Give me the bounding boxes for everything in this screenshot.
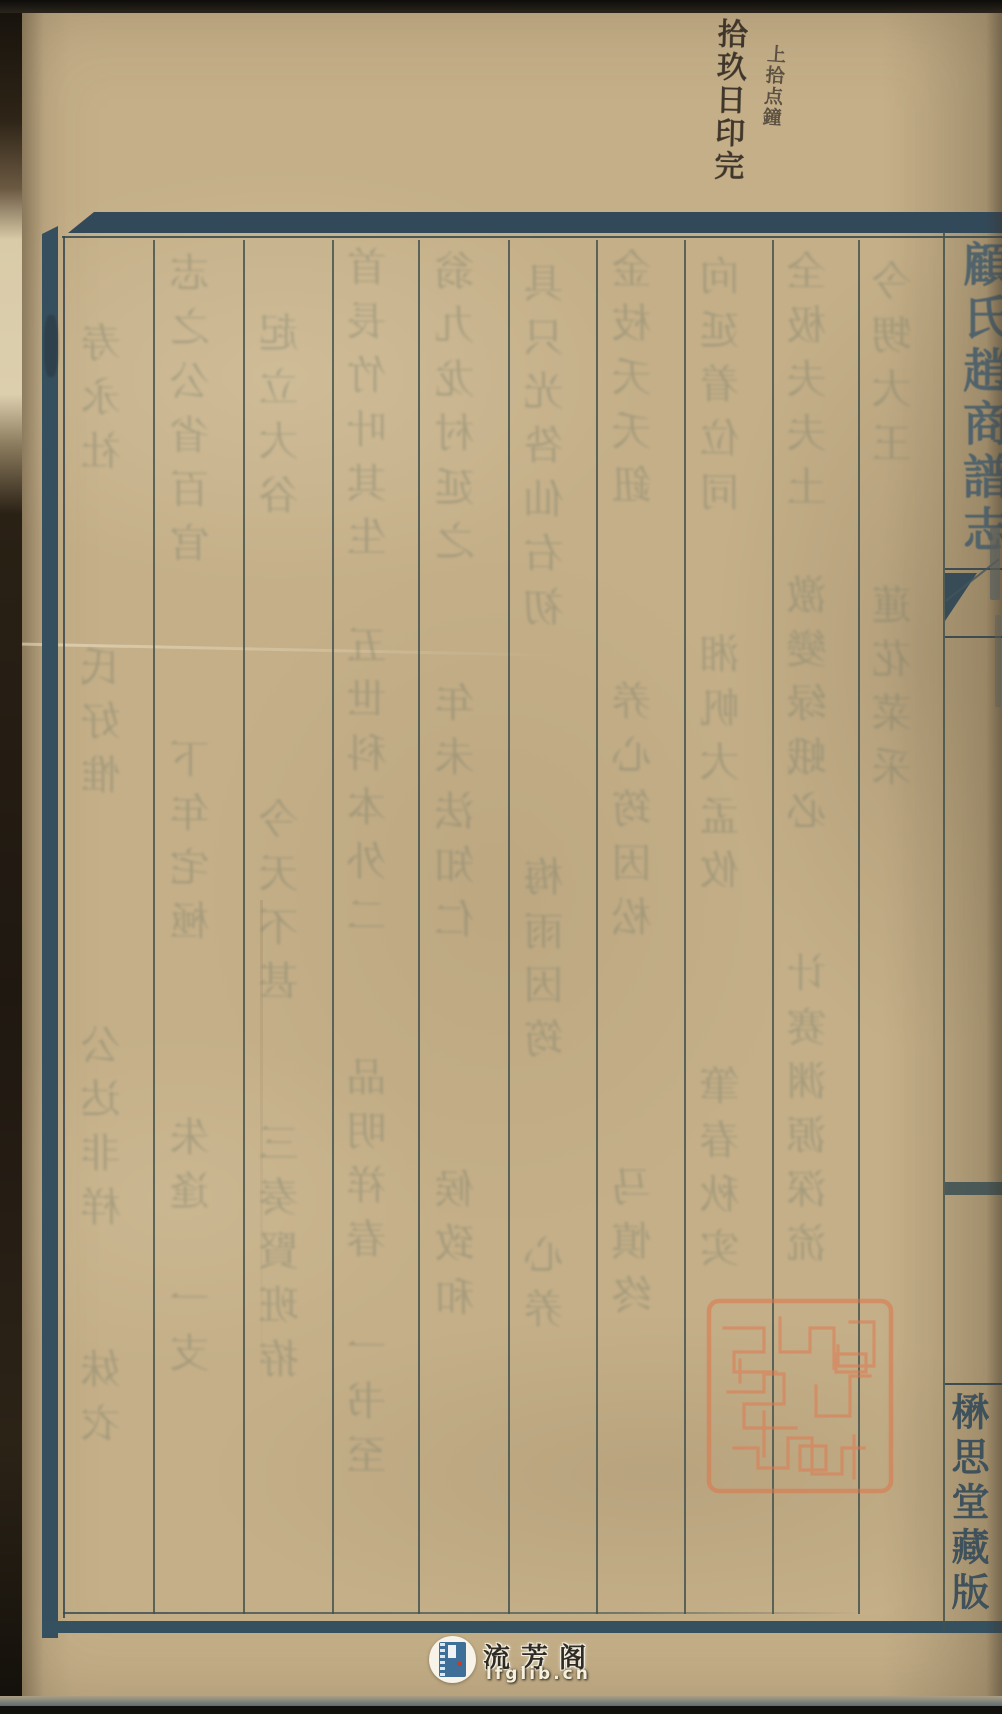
book-page-scan: 寿永社 氏好惟 公达非样 妹衣志之公省百官 下年宅極 朱逢 一支 起立大谷 今天…: [0, 0, 1002, 1714]
frame-left-border: [42, 226, 58, 1638]
bleedthrough-text-column: 寿永社 氏好惟 公达非样 妹衣: [82, 268, 136, 1605]
column-rule-line: [508, 240, 510, 1614]
book-seal-icon: [457, 1661, 462, 1666]
frame-top-border: [68, 212, 1002, 233]
column-rule-line: [332, 240, 334, 1614]
handwritten-time-note: 上拾点鐘: [758, 43, 785, 154]
watermark-logo-circle: [429, 1636, 476, 1683]
bleedthrough-text-column: 首長竹叶其生 五世科本外二 品明祥春 一书至: [348, 246, 402, 1605]
photo-bottom-edge: [0, 1706, 1002, 1714]
frame-bottom-inner-line: [63, 1612, 863, 1614]
page-edge-mark: [995, 615, 1001, 707]
book-gutter-edge: [0, 0, 22, 1714]
book-label-icon: [448, 1645, 456, 1658]
column-rule-line: [418, 240, 420, 1614]
book-stitch-icon: [440, 1643, 445, 1676]
photo-bottom-edge-gray: [0, 1696, 1002, 1706]
bleedthrough-text-column: 具只光咎仙右初 梅雨因筠 心养: [525, 262, 579, 1605]
red-seal-stamp: [704, 1296, 896, 1496]
gutter-shadow: [22, 0, 44, 1714]
publisher-hall-text: 楙思堂藏版: [948, 1392, 986, 1632]
handwritten-date-note: 拾玖日印完: [710, 18, 744, 189]
book-icon: [439, 1642, 466, 1677]
ink-smudge: [44, 315, 58, 377]
column-rule-line: [596, 240, 598, 1614]
frame-left-inner-line: [63, 236, 65, 1618]
bleedthrough-text-column: 志之公省百官 下年宅極 朱逢 一支: [171, 252, 225, 1605]
column-rule-line: [153, 240, 155, 1614]
bleedthrough-text-column: 翁九龙村延之 年未法知仁 候致和: [436, 250, 490, 1605]
page-edge-mark: [990, 528, 1000, 600]
bleedthrough-text-column: 金枝夭夭鈕 养心筠因松 马慎终: [613, 248, 667, 1605]
photo-top-edge: [0, 0, 1002, 13]
frame-bottom-border: [42, 1621, 1002, 1633]
page-right-shadow: [986, 0, 1002, 1714]
column-rule-line: [243, 240, 245, 1614]
bleedthrough-text-column: 起立大谷 今天不甚 三奏賢班拵: [260, 258, 314, 1605]
column-rule-line: [684, 240, 686, 1614]
watermark-site-url: lfglib.cn: [486, 1664, 591, 1684]
frame-top-inner-line: [62, 236, 1002, 238]
